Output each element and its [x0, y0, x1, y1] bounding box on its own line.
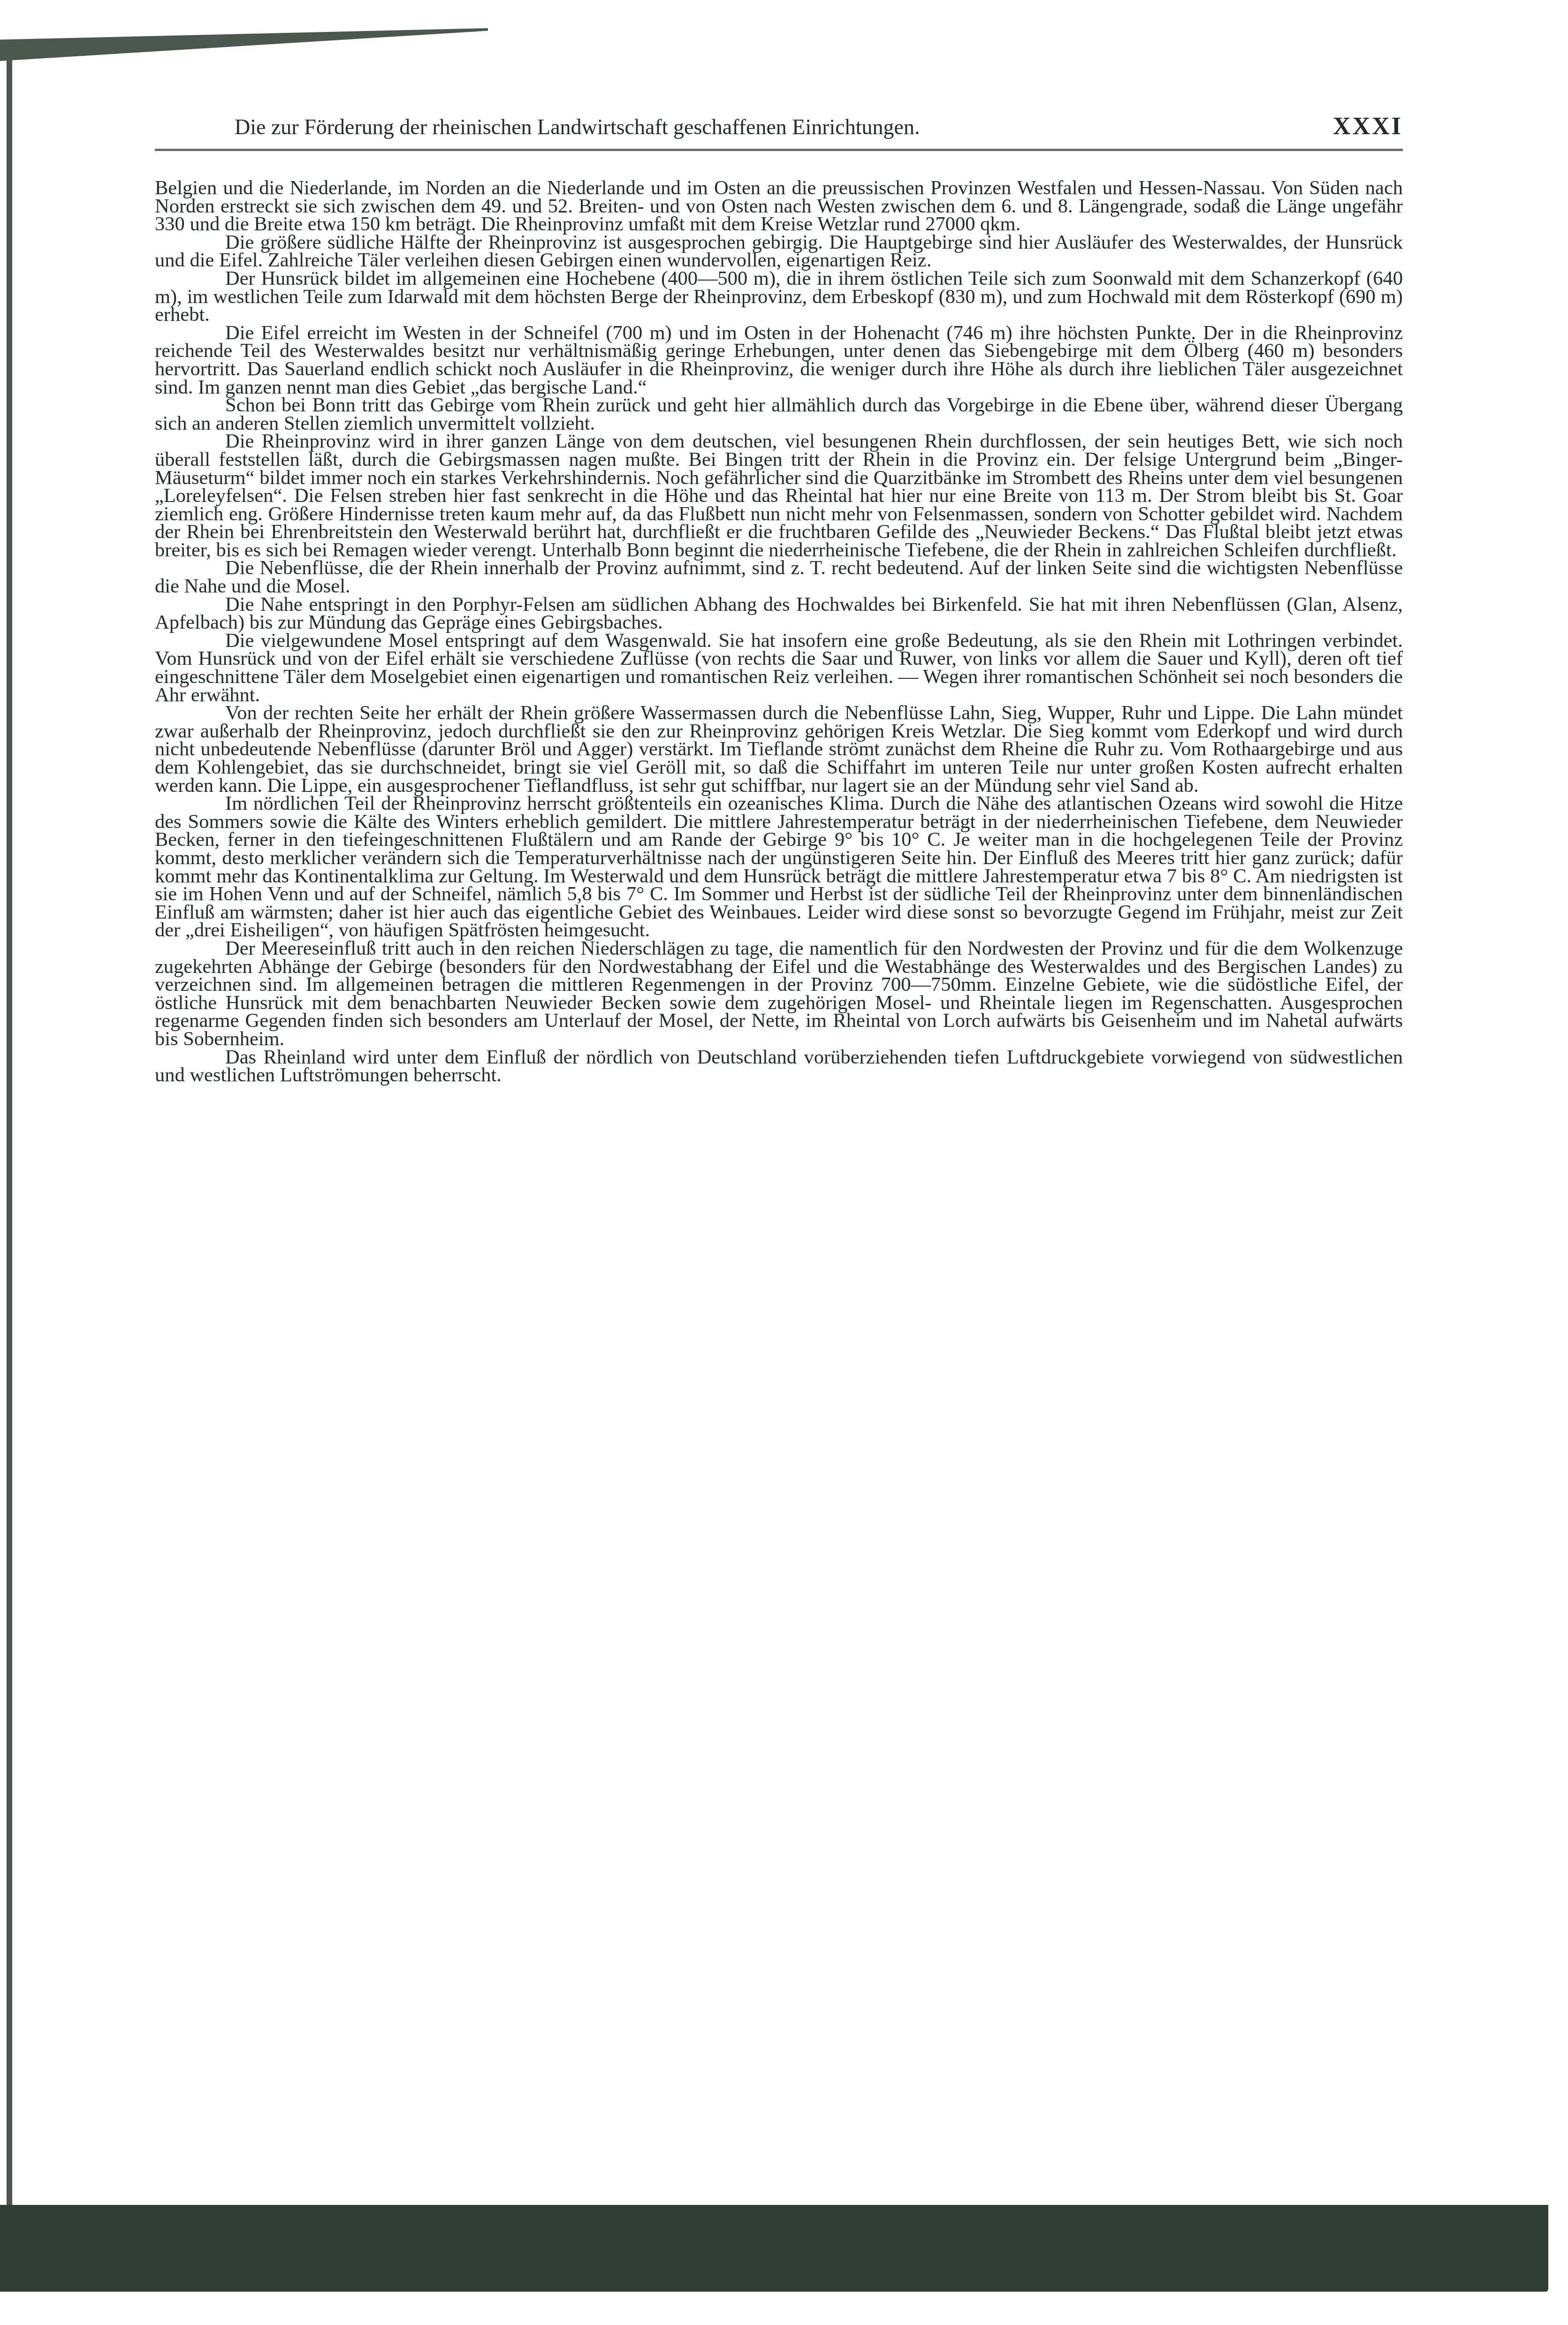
body-text: Belgien und die Niederlande, im Norden a…	[155, 179, 1403, 1085]
scan-border-bottom	[0, 2205, 1548, 2292]
running-head: Die zur Förderung der rheinischen Landwi…	[155, 113, 1403, 151]
paragraph: Von der rechten Seite her erhält der Rhe…	[155, 704, 1403, 795]
paragraph: Der Meereseinfluß tritt auch in den reic…	[155, 940, 1403, 1049]
book-page: Die zur Förderung der rheinischen Landwi…	[155, 113, 1403, 1085]
page-number: XXXI	[1333, 113, 1403, 140]
paragraph: Die Rheinprovinz wird in ihrer ganzen Lä…	[155, 433, 1403, 559]
paragraph: Im nördlichen Teil der Rheinprovinz herr…	[155, 795, 1403, 940]
paragraph: Die vielgewundene Mosel entspringt auf d…	[155, 632, 1403, 704]
scan-border-left	[7, 42, 12, 2219]
paragraph: Belgien und die Niederlande, im Norden a…	[155, 179, 1403, 234]
paragraph: Der Hunsrück bildet im allgemeinen eine …	[155, 270, 1403, 324]
paragraph: Schon bei Bonn tritt das Gebirge vom Rhe…	[155, 396, 1403, 433]
paragraph: Die Nebenflüsse, die der Rhein innerhalb…	[155, 559, 1403, 595]
running-head-title: Die zur Förderung der rheinischen Landwi…	[235, 114, 920, 139]
paragraph: Die Eifel erreicht im Westen in der Schn…	[155, 324, 1403, 396]
paragraph: Das Rheinland wird unter dem Einfluß der…	[155, 1049, 1403, 1085]
paragraph: Die Nahe entspringt in den Porphyr-Felse…	[155, 596, 1403, 632]
scan-border-top	[0, 28, 488, 61]
paragraph: Die größere südliche Hälfte der Rheinpro…	[155, 234, 1403, 270]
